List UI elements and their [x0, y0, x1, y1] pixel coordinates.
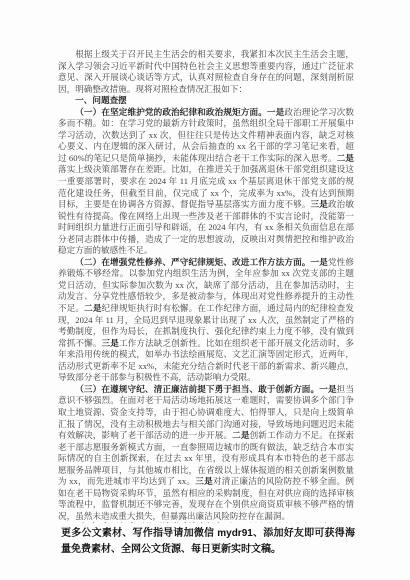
- document-body: 根据上级关于召开民主生活会的相关要求，我紧扣本次民主生活会主题，深入学习领会习近…: [58, 49, 354, 523]
- bold-text-run: （四）在履行全面从严治党政治责任方面。一是: [75, 522, 258, 523]
- bold-text-run: （二）在增强党性修养、严守纪律规矩、改进工作方法方面。一是: [75, 257, 328, 267]
- bold-text-run: 二是: [84, 303, 101, 313]
- intro-paragraph: 根据上级关于召开民主生活会的相关要求，我紧扣本次民主生活会主题，深入学习领会习近…: [58, 49, 354, 95]
- subsection-1-political-discipline: （一）在坚定维护党的政治纪律和政治规矩方面。一是政治理论学习次数多而不精。如：在…: [58, 107, 354, 257]
- text-run: 根据上级关于召开民主生活会的相关要求，我紧扣本次民主生活会主题，深入学习领会习近…: [58, 49, 354, 94]
- section-heading-problems: 一、问题查摆: [58, 95, 354, 107]
- subsection-3-integrity-innovation: （三）在遵规守纪、清正廉洁前提下勇于担当、敢于创新方面。一是担当意识不够强烈。在…: [58, 384, 354, 523]
- document-page: 根据上级关于召开民主生活会的相关要求，我紧扣本次民主生活会主题，深入学习领会习近…: [0, 0, 410, 580]
- bold-text-run: （三）在遵规守纪、清正廉洁前提下勇于担当、敢于创新方面。一是: [75, 384, 336, 394]
- subsection-2-party-spirit: （二）在增强党性修养、严守纪律规矩、改进工作方法方面。一是党性修养锻炼不够经常。…: [58, 257, 354, 384]
- bold-text-run: 三是: [311, 199, 328, 209]
- bold-text-run: 三是: [195, 476, 213, 486]
- subsection-4-party-governance: （四）在履行全面从严治党政治责任方面。一是主体责任落实不够到位。在制定全面从严治…: [58, 522, 354, 523]
- bold-text-run: 一、问题查摆: [75, 95, 127, 105]
- bold-text-run: （一）在坚定维护党的政治纪律和政治规矩方面。一是: [75, 107, 284, 117]
- promo-footer-text: 更多公文素材、写作指导请加微信 mydr91、添加好友即可获得海量免费素材、全网…: [61, 526, 355, 558]
- bold-text-run: 二是: [232, 430, 249, 440]
- bold-text-run: 二是: [337, 153, 354, 163]
- bold-text-run: 三是: [102, 338, 119, 348]
